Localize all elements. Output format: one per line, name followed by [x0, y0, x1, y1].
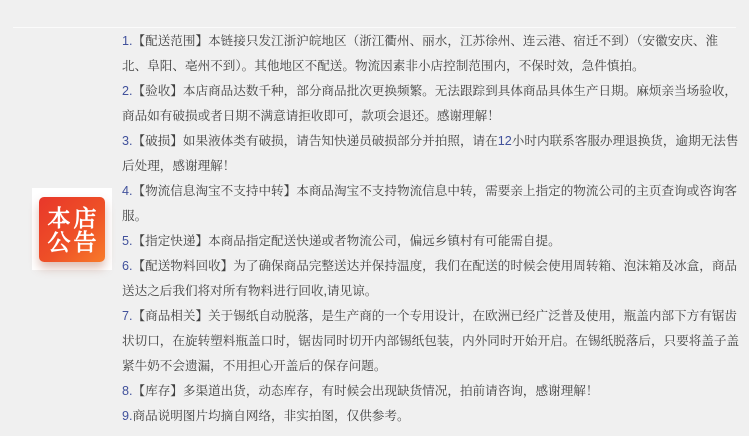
notice-item: 2.【验收】本店商品达数千种，部分商品批次更换频繁。无法跟踪到具体商品具体生产日…: [122, 79, 742, 129]
notice-item: 6.【配送物料回收】为了确保商品完整送达并保持温度，我们在配送的时候会使用周转箱…: [122, 254, 742, 304]
store-announcement-page: { "page": { "background": "#f0f0f0" }, "…: [0, 0, 749, 436]
notices-list: 1.【配送范围】本链接只发江浙沪皖地区（浙江衢州、丽水，江苏徐州、连云港、宿迁不…: [122, 29, 742, 429]
notice-number: 5.: [122, 234, 133, 248]
notice-item: 1.【配送范围】本链接只发江浙沪皖地区（浙江衢州、丽水，江苏徐州、连云港、宿迁不…: [122, 29, 742, 79]
notice-number: 2.: [122, 84, 133, 98]
notice-number: 3.: [122, 134, 133, 148]
store-notice-badge-box: 本店 公告: [32, 188, 112, 270]
badge-text-line2: 公告: [45, 230, 100, 254]
section-divider: [13, 27, 736, 28]
store-notice-badge: 本店 公告: [39, 197, 105, 262]
notice-text: 商品说明图片均摘自网络，非实拍图，仅供参考。: [133, 409, 410, 423]
notice-text: 【物流信息淘宝不支持中转】本商品淘宝不支持物流信息中转，需要亲上指定的物流公司的…: [122, 184, 737, 223]
notice-highlight-number: 12: [498, 134, 512, 148]
notice-item: 5.【指定快递】本商品指定配送快递或者物流公司，偏远乡镇村有可能需自提。: [122, 229, 742, 254]
badge-text-line1: 本店: [45, 206, 100, 230]
notice-number: 6.: [122, 259, 133, 273]
notice-item: 4.【物流信息淘宝不支持中转】本商品淘宝不支持物流信息中转，需要亲上指定的物流公…: [122, 179, 742, 229]
notice-text: 【商品相关】关于锡纸自动脱落，是生产商的一个专用设计，在欧洲已经广泛普及使用，瓶…: [122, 309, 739, 373]
notice-number: 7.: [122, 309, 133, 323]
notice-item: 9.商品说明图片均摘自网络，非实拍图，仅供参考。: [122, 404, 742, 429]
notice-number: 1.: [122, 34, 133, 48]
notice-text: 【指定快递】本商品指定配送快递或者物流公司，偏远乡镇村有可能需自提。: [133, 234, 561, 248]
notice-number: 9.: [122, 409, 133, 423]
notice-text: 【配送范围】本链接只发江浙沪皖地区（浙江衢州、丽水，江苏徐州、连云港、宿迁不到）…: [122, 34, 718, 73]
notice-number: 4.: [122, 184, 133, 198]
notice-text: 【库存】多渠道出货，动态库存，有时候会出现缺货情况，拍前请咨询，感谢理解！: [133, 384, 599, 398]
notice-item: 3.【破损】如果液体类有破损，请告知快递员破损部分并拍照，请在12小时内联系客服…: [122, 129, 742, 179]
notice-text: 【验收】本店商品达数千种，部分商品批次更换频繁。无法跟踪到具体商品具体生产日期。…: [122, 84, 737, 123]
notice-item: 8.【库存】多渠道出货，动态库存，有时候会出现缺货情况，拍前请咨询，感谢理解！: [122, 379, 742, 404]
notice-item: 7.【商品相关】关于锡纸自动脱落，是生产商的一个专用设计，在欧洲已经广泛普及使用…: [122, 304, 742, 379]
notice-text: 【破损】如果液体类有破损，请告知快递员破损部分并拍照，请在: [133, 134, 498, 148]
notice-text: 【配送物料回收】为了确保商品完整送达并保持温度，我们在配送的时候会使用周转箱、泡…: [122, 259, 737, 298]
notice-number: 8.: [122, 384, 133, 398]
